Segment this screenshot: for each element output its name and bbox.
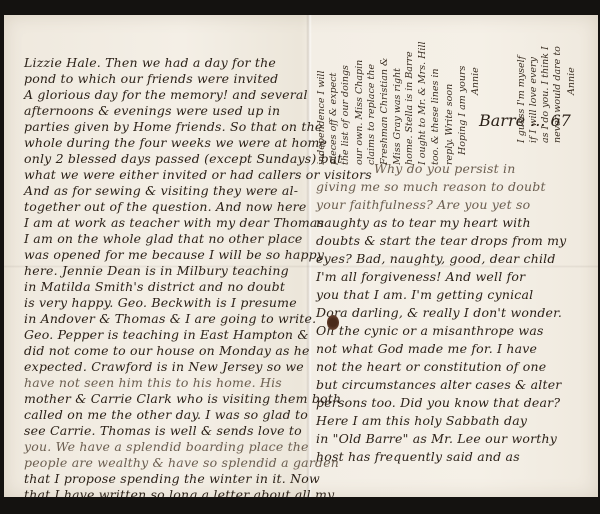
letter-line: Lizzie Hale. Then we had a day for the — [24, 55, 276, 70]
letter-line: giving me so much reason to doubt — [316, 179, 546, 194]
letter-line: naughty as to tear my heart with — [316, 215, 531, 230]
crosswritten-line: pieces off & expect — [328, 73, 339, 165]
letter-line: see Carrie. Thomas is well & sends love … — [24, 423, 302, 438]
crosswritten-line: independence I will — [316, 71, 327, 166]
crosswritten-line: Miss Gray was right — [392, 68, 403, 165]
letter-line: have not seen him this to his home. His — [24, 375, 282, 390]
letter-line: only 2 blessed days passed (except Sunda… — [24, 151, 342, 166]
crosswritten-line: claims to replace the — [366, 64, 377, 165]
letter-date: Barre ... 67 — [479, 111, 571, 130]
crosswritten-line: our own. Miss Chapin — [354, 60, 365, 165]
letter-line: Dora darling, & really I don't wonder. — [316, 305, 562, 320]
letter-line: is very happy. Geo. Beckwith is I presum… — [24, 295, 297, 310]
letter-line: in "Old Barre" as Mr. Lee our worthy — [316, 431, 557, 446]
letter-paper: Lizzie Hale. Then we had a day for the p… — [4, 15, 598, 497]
letter-line: afternoons & evenings were used up in — [24, 103, 280, 118]
letter-line: expected. Crawford is in New Jersey so w… — [24, 359, 304, 374]
letter-line: here. Jennie Dean is in Milbury teaching — [24, 263, 289, 278]
letter-line: you that I am. I'm getting cynical — [316, 287, 533, 302]
letter-line: together out of the question. And now he… — [24, 199, 306, 214]
letter-line: but circumstances alter cases & alter — [316, 377, 561, 392]
crosswritten-line: the list of our doings — [340, 65, 351, 165]
letter-line: was opened for me because I will be so h… — [24, 247, 324, 262]
letter-line: A glorious day for the memory! and sever… — [24, 87, 308, 102]
letter-line: persons too. Did you know that dear? — [316, 395, 560, 410]
letter-line: that I propose spending the winter in it… — [24, 471, 320, 486]
letter-line: parties given by Home friends. So that o… — [24, 119, 322, 134]
crosswritten-line: Hoping I am yours — [457, 66, 468, 155]
letter-line: Here I am this holy Sabbath day — [316, 413, 527, 428]
letter-line: not what God made me for. I have — [316, 341, 537, 356]
crosswritten-line: home. Stella is in Barre — [404, 51, 415, 165]
letter-line: doubts & start the tear drops from my — [316, 233, 566, 248]
ink-blot — [327, 315, 339, 330]
letter-line: people are wealthy & have so splendid a … — [24, 455, 339, 470]
crosswritten-line: too. & these lines in — [430, 68, 441, 165]
letter-line: And as for sewing & visiting they were a… — [24, 183, 298, 198]
letter-line: that I have written so long a letter abo… — [24, 487, 334, 497]
letter-line: in Matilda Smith's district and no doubt — [24, 279, 285, 294]
letter-line: not the heart or constitution of one — [316, 359, 546, 374]
letter-line: Geo. Pepper is teaching in East Hampton … — [24, 327, 309, 342]
margin-note-line: if I will love every — [528, 57, 539, 143]
crosswritten-signature: Annie — [470, 67, 481, 95]
letter-line: Why do you persist in — [374, 161, 516, 176]
letter-line: I'm all forgiveness! And well for — [316, 269, 525, 284]
letter-line: pond to which our friends were invited — [24, 71, 278, 86]
letter-line: did not come to our house on Monday as h… — [24, 343, 310, 358]
letter-line: host has frequently said and as — [316, 449, 520, 464]
letter-line: your faithfulness? Are you yet so — [316, 197, 530, 212]
letter-line: eyes? Bad, naughty, good, dear child — [316, 251, 556, 266]
crosswritten-line: reply. Write soon — [444, 84, 455, 165]
crosswritten-line: Freshman Christian & — [379, 57, 390, 165]
margin-note-signature: Annie — [566, 67, 577, 95]
letter-line: whole during the four weeks we were at h… — [24, 135, 327, 150]
letter-line: called on me the other day. I was so gla… — [24, 407, 308, 422]
letter-line: in Andover & Thomas & I are going to wri… — [24, 311, 316, 326]
letter-line: Oh the cynic or a misanthrope was — [316, 323, 544, 338]
letter-line: you. We have a splendid boarding place t… — [24, 439, 309, 454]
letter-line: I am on the whole glad that no other pla… — [24, 231, 303, 246]
letter-line: I am at work as teacher with my dear Tho… — [24, 215, 324, 230]
crosswritten-line: I ought to Mr. & Mrs. Hill — [417, 41, 428, 165]
letter-line: mother & Carrie Clark who is visiting th… — [24, 391, 341, 406]
